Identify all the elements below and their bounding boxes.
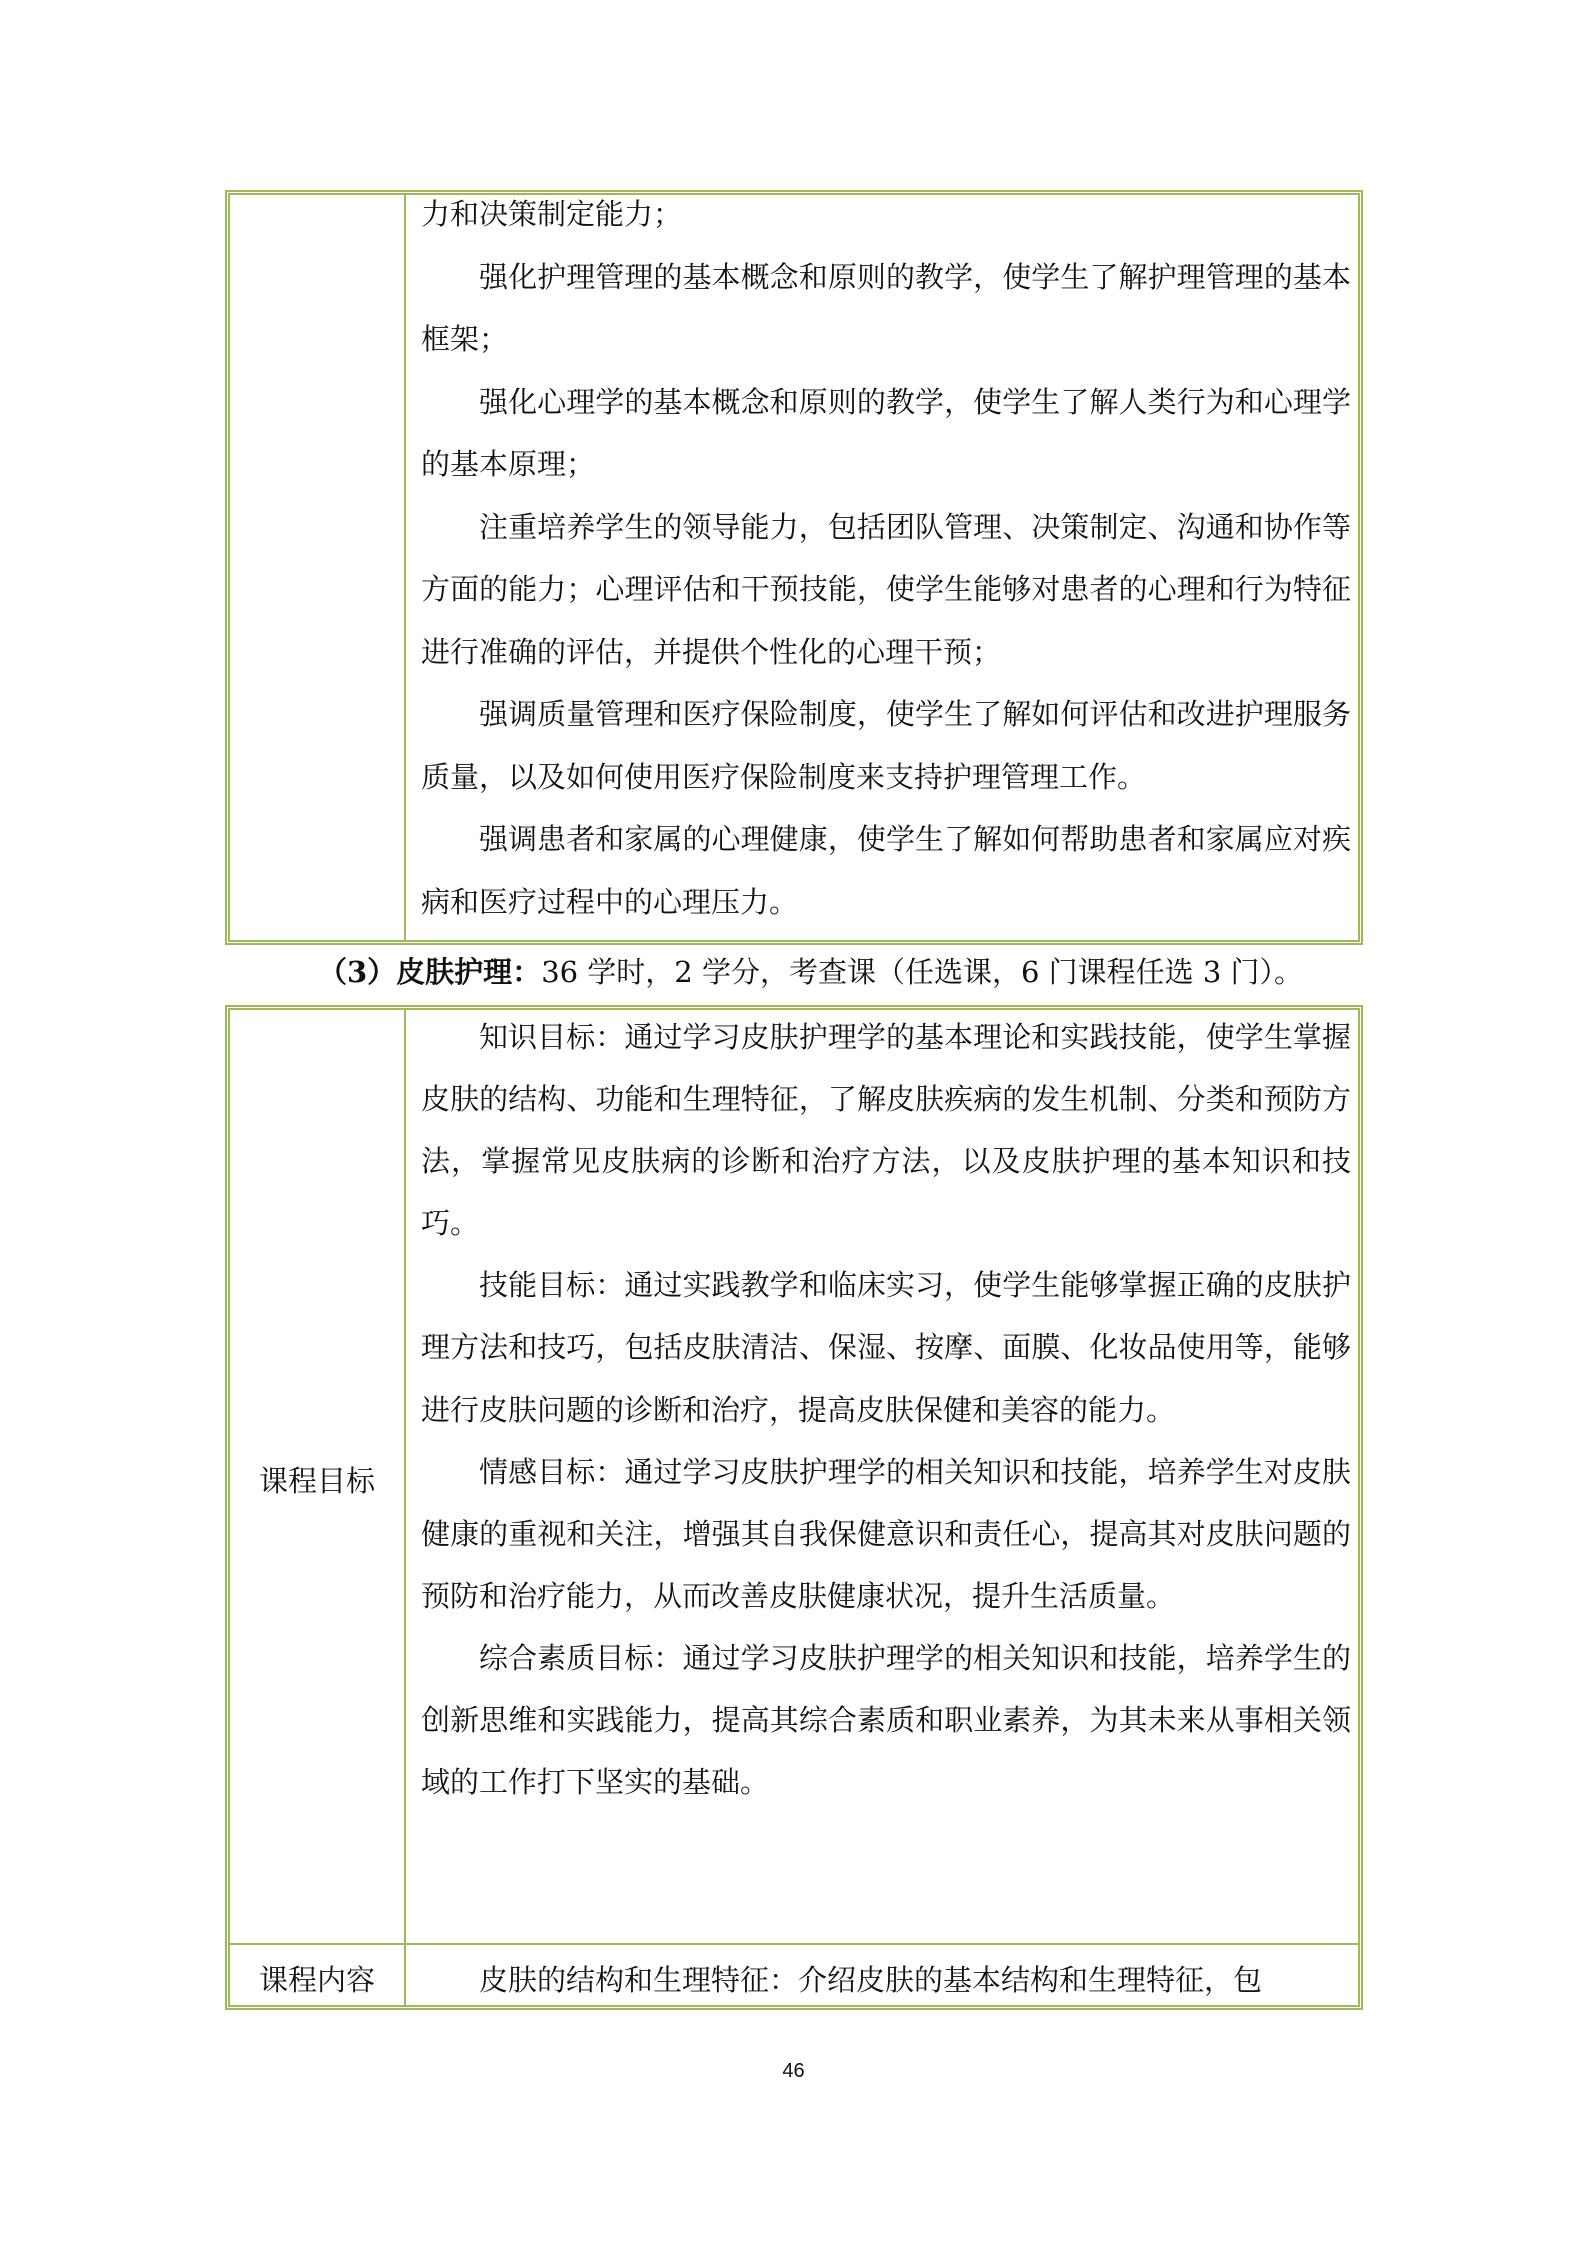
column-divider	[404, 1010, 406, 2005]
table-previous-course-continued: 力和决策制定能力； 强化护理管理的基本概念和原则的教学，使学生了解护理管理的基本…	[225, 190, 1363, 945]
paragraph: 强调质量管理和医疗保险制度，使学生了解如何评估和改进护理服务质量，以及如何使用医…	[421, 683, 1351, 808]
table-skin-care-course: 课程目标 知识目标：通过学习皮肤护理学的基本理论和实践技能，使学生掌握皮肤的结构…	[225, 1005, 1363, 2010]
course-content-cell: 皮肤的结构和生理特征：介绍皮肤的基本结构和生理特征，包	[421, 1949, 1351, 2011]
paragraph-skill-objective: 技能目标：通过实践教学和临床实习，使学生能够掌握正确的皮肤护理方法和技巧，包括皮…	[421, 1254, 1351, 1440]
section-heading-details: 36 学时，2 学分，考查课（任选课，6 门课程任选 3 门）。	[541, 955, 1303, 989]
column-divider	[404, 195, 406, 940]
content-cell: 力和决策制定能力； 强化护理管理的基本概念和原则的教学，使学生了解护理管理的基本…	[421, 183, 1351, 933]
paragraph: 强化心理学的基本概念和原则的教学，使学生了解人类行为和心理学的基本原理；	[421, 371, 1351, 496]
paragraph: 力和决策制定能力；	[421, 183, 1351, 246]
paragraph-comprehensive-objective: 综合素质目标：通过学习皮肤护理学的相关知识和技能，培养学生的创新思维和实践能力，…	[421, 1627, 1351, 1813]
section-heading: （3）皮肤护理：36 学时，2 学分，考查课（任选课，6 门课程任选 3 门）。	[318, 950, 1303, 991]
paragraph-knowledge-objective: 知识目标：通过学习皮肤护理学的基本理论和实践技能，使学生掌握皮肤的结构、功能和生…	[421, 1006, 1351, 1254]
row-divider	[230, 1943, 1358, 1945]
row-label-course-content: 课程内容	[230, 1958, 404, 2002]
paragraph: 强化护理管理的基本概念和原则的教学，使学生了解护理管理的基本框架；	[421, 246, 1351, 371]
course-objectives-cell: 知识目标：通过学习皮肤护理学的基本理论和实践技能，使学生掌握皮肤的结构、功能和生…	[421, 1006, 1351, 1813]
paragraph: 强调患者和家属的心理健康，使学生了解如何帮助患者和家属应对疾病和医疗过程中的心理…	[421, 808, 1351, 933]
paragraph-emotional-objective: 情感目标：通过学习皮肤护理学的相关知识和技能，培养学生对皮肤健康的重视和关注，增…	[421, 1441, 1351, 1627]
paragraph: 注重培养学生的领导能力，包括团队管理、决策制定、沟通和协作等方面的能力；心理评估…	[421, 496, 1351, 684]
page-number: 46	[0, 2060, 1587, 2083]
row-label-course-objectives: 课程目标	[230, 1459, 404, 1503]
section-heading-title: （3）皮肤护理：	[318, 955, 541, 989]
paragraph-skin-structure: 皮肤的结构和生理特征：介绍皮肤的基本结构和生理特征，包	[421, 1949, 1351, 2011]
